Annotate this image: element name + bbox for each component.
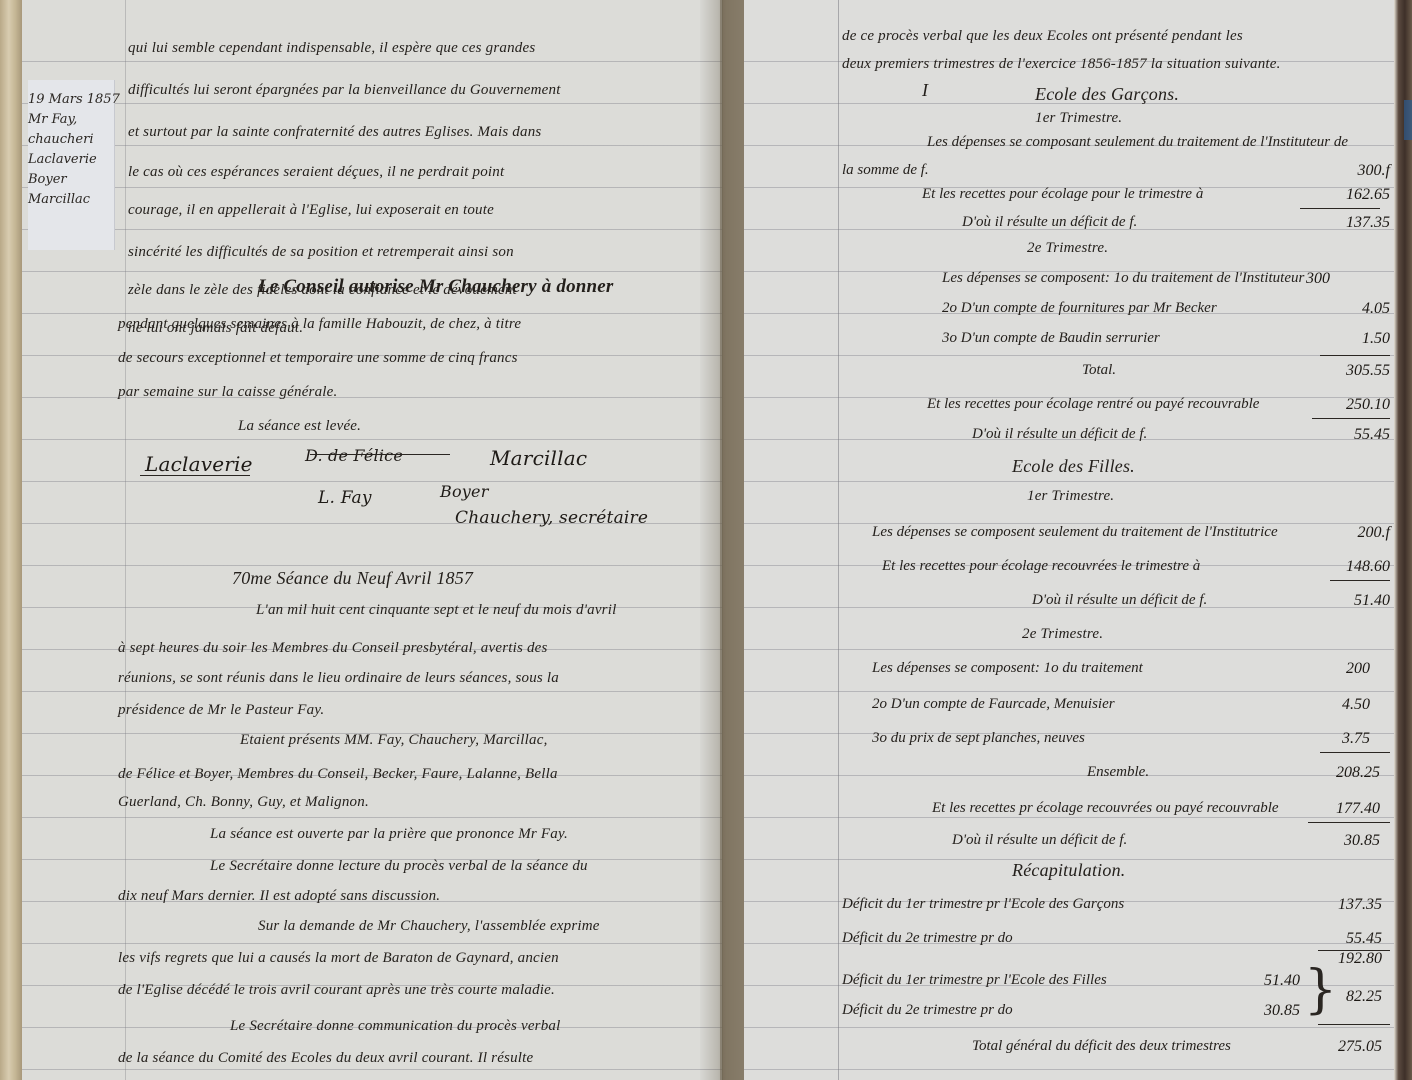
text-line: Le Secrétaire donne communication du pro… (230, 1018, 560, 1035)
amount: 1.50 (1362, 330, 1390, 348)
signature: Boyer (440, 482, 489, 501)
text-line: par semaine sur la caisse générale. (118, 384, 337, 401)
amount: 51.40 (1354, 592, 1390, 610)
text-line: Guerland, Ch. Bonny, Guy, et Malignon. (118, 794, 369, 811)
amount: 55.45 (1354, 426, 1390, 444)
margin-note-line: Laclaverie (28, 150, 114, 170)
text-line: L'an mil huit cent cinquante sept et le … (256, 602, 616, 619)
ledger-row: Les dépenses se composent: 1o du traitem… (842, 270, 1390, 300)
text-line: difficultés lui seront épargnées par la … (128, 82, 561, 99)
amount: 137.35 (1346, 214, 1390, 232)
amount: 200 (1346, 660, 1370, 678)
right-margin-rule (838, 0, 839, 1080)
margin-note-line: Mr Fay, (28, 110, 114, 130)
amount: 148.60 (1346, 558, 1390, 576)
signature: D. de Félice (305, 446, 403, 465)
text-line: qui lui semble cependant indispensable, … (128, 40, 535, 57)
text-line: courage, il en appellerait à l'Eglise, l… (128, 202, 494, 219)
amount: 30.85 (1344, 832, 1380, 850)
text-line: pendant quelques semaines à la famille H… (118, 316, 521, 333)
ledger-row: Et les recettes pour écolage rentré ou p… (842, 396, 1390, 426)
text-line: à sept heures du soir les Membres du Con… (118, 640, 548, 657)
text-line: Le Secrétaire donne lecture du procès ve… (210, 858, 588, 875)
text-line: dix neuf Mars dernier. Il est adopté san… (118, 888, 440, 905)
signature: Chauchery, secrétaire (455, 508, 648, 528)
total-amount: 275.05 (1338, 1038, 1382, 1056)
text-line: sincérité les difficultés de sa position… (128, 244, 514, 261)
ledger-row: 3o du prix de sept planches, neuves 3.75 (842, 730, 1390, 760)
margin-note-line: Marcillac (28, 190, 114, 210)
ledger-spread: 19 Mars 1857 Mr Fay, chaucheri Laclaveri… (0, 0, 1412, 1080)
amount: 177.40 (1336, 800, 1380, 818)
sub-amount: 30.85 (1264, 1002, 1300, 1020)
text-line: de la séance du Comité des Ecoles du deu… (118, 1050, 533, 1067)
ledger-row: 2o D'un compte de Faurcade, Menuisier 4.… (842, 696, 1390, 726)
amount: 305.55 (1346, 362, 1390, 380)
gutter-fold (720, 0, 723, 1080)
text-line: le cas où ces espérances seraient déçues… (128, 164, 504, 181)
margin-note-line: 19 Mars 1857 (28, 90, 114, 110)
book-binding-left (0, 0, 22, 1080)
ledger-row: Et les recettes pour écolage recouvrées … (842, 558, 1390, 588)
amount: 300 (1306, 270, 1330, 288)
session-title: 70me Séance du Neuf Avril 1857 (232, 568, 473, 589)
amount: 162.65 (1346, 186, 1390, 204)
amount: 200.f (1358, 524, 1390, 542)
ledger-row: Les dépenses se composent seulement du t… (842, 524, 1390, 554)
school-title: Ecole des Filles. (1012, 456, 1135, 477)
ledger-row: D'où il résulte un déficit de f. 55.45 (842, 426, 1390, 456)
brace-glyph: } (1304, 964, 1337, 1016)
amount: 4.50 (1342, 696, 1370, 714)
text-line: présidence de Mr le Pasteur Fay. (118, 702, 324, 719)
ledger-row: 2o D'un compte de fournitures par Mr Bec… (842, 300, 1390, 330)
signature: L. Fay (318, 488, 372, 508)
text-line: réunions, se sont réunis dans le lieu or… (118, 670, 559, 687)
amount: 300.f (1358, 162, 1390, 180)
recap-title: Récapitulation. (1012, 860, 1125, 881)
amount: 3.75 (1342, 730, 1370, 748)
amount: 55.45 (1346, 930, 1382, 948)
margin-note-line: chaucheri (28, 130, 114, 150)
text-line: de l'Eglise décédé le trois avril couran… (118, 982, 555, 999)
text-line: Sur la demande de Mr Chauchery, l'assemb… (258, 918, 600, 935)
left-margin-rule (125, 0, 126, 1080)
closing-text: La séance est levée. (238, 418, 361, 435)
trimester-title: 2e Trimestre. (1022, 626, 1103, 643)
trimester-title: 1er Trimestre. (1027, 488, 1114, 505)
ledger-row: 3o D'un compte de Baudin serrurier 1.50 (842, 330, 1390, 360)
recap-row: Déficit du 1er trimestre pr l'Ecole des … (842, 896, 1390, 926)
text-line: La séance est ouverte par la prière que … (210, 826, 568, 843)
amount: 192.80 (1338, 950, 1382, 968)
amount: 137.35 (1338, 896, 1382, 914)
amount: 4.05 (1362, 300, 1390, 318)
ledger-row: Les dépenses se composent: 1o du traitem… (842, 660, 1390, 690)
trimester-title: 2e Trimestre. (1027, 240, 1108, 257)
amount: 250.10 (1346, 396, 1390, 414)
text-line: Le Conseil autorise Mr Chauchery à donne… (258, 276, 614, 298)
signature: Laclaverie (145, 452, 253, 476)
sub-amount: 51.40 (1264, 972, 1300, 990)
text-line: les vifs regrets que lui a causés la mor… (118, 950, 559, 967)
ledger-row: Les dépenses se composant seulement du t… (842, 134, 1390, 164)
signature: Marcillac (490, 446, 587, 470)
margin-note: 19 Mars 1857 Mr Fay, chaucheri Laclaveri… (28, 80, 115, 250)
text-line: de secours exceptionnel et temporaire un… (118, 350, 518, 367)
ledger-row: Total. 305.55 (842, 362, 1390, 392)
ledger-row: D'où il résulte un déficit de f. 137.35 (842, 214, 1390, 244)
blue-cover-fragment (1404, 100, 1412, 140)
book-edge-right (1394, 0, 1412, 1080)
amount: 82.25 (1346, 988, 1382, 1006)
margin-note-line: Boyer (28, 170, 114, 190)
ledger-row: Et les recettes pr écolage recouvrées ou… (842, 800, 1390, 830)
ledger-row: Et les recettes pour écolage pour le tri… (842, 186, 1390, 216)
text-line: et surtout par la sainte confraternité d… (128, 124, 541, 141)
amount: 208.25 (1336, 764, 1380, 782)
recap-total-row: Total général du déficit des deux trimes… (842, 1038, 1390, 1068)
text-line: de Félice et Boyer, Membres du Conseil, … (118, 766, 558, 783)
ledger-row: D'où il résulte un déficit de f. 30.85 (842, 832, 1390, 862)
ledger-row: Ensemble. 208.25 (842, 764, 1390, 794)
text-line: Etaient présents MM. Fay, Chauchery, Mar… (240, 732, 548, 749)
ledger-row: D'où il résulte un déficit de f. 51.40 (842, 592, 1390, 622)
